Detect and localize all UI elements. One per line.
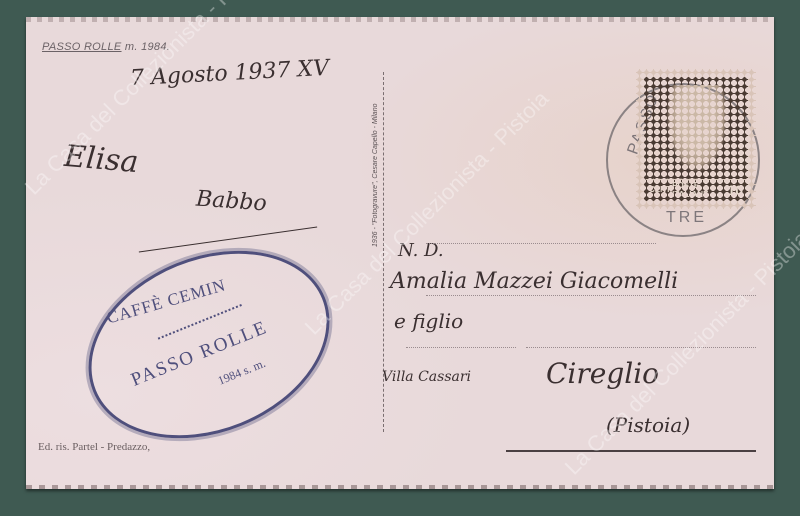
stamp-country: POSTE ITALIANE [672,181,727,199]
postcard: PASSO ROLLE m. 1984. 7 Agosto 1937 XV El… [26,17,774,489]
address-name: Amalia Mazzei Giacomelli [390,269,678,294]
stamp-currency: CENT. [649,185,672,194]
card-top-edge [26,17,774,22]
address-line-3b [526,347,756,348]
stamp-legend: CENT. POSTE ITALIANE 10 [646,179,746,199]
address-town: Cireglio [546,357,659,390]
emperor-portrait-icon [666,85,728,173]
address-line-1 [426,243,656,244]
stamp-value: 10 [727,182,743,198]
postage-stamp: AUGUSTUS IMPERATOR CENT. POSTE ITALIANE … [636,69,756,209]
signature-first-name: Elisa [63,139,140,180]
signature-last-name: Babbo [195,187,267,217]
address-line-3a [406,347,516,348]
handwritten-date: 7 Agosto 1937 XV [129,56,329,91]
publisher-imprint: Ed. ris. Partel - Predazzo, [38,441,150,453]
altitude: m. 1984. [125,41,170,53]
vertical-imprint: 1936 - "Fotogravure", Cesare Capello - M… [372,104,379,247]
address-line-2 [426,295,756,296]
postmark-bottom-text: TRE [666,209,707,227]
address-province: (Pistoia) [606,413,690,437]
place-name: PASSO ROLLE [42,41,122,53]
stamp-frame: AUGUSTUS IMPERATOR CENT. POSTE ITALIANE … [644,77,748,201]
cafe-rubber-stamp: CAFFÈ CEMIN PASSO ROLLE 1984 s. m. [60,217,357,473]
address-line2-text: e figlio [394,309,463,333]
address-villa: Villa Cassari [382,369,471,385]
printed-title: PASSO ROLLE m. 1984. [42,41,170,53]
card-bottom-edge [26,485,774,489]
address-underline [506,450,756,452]
